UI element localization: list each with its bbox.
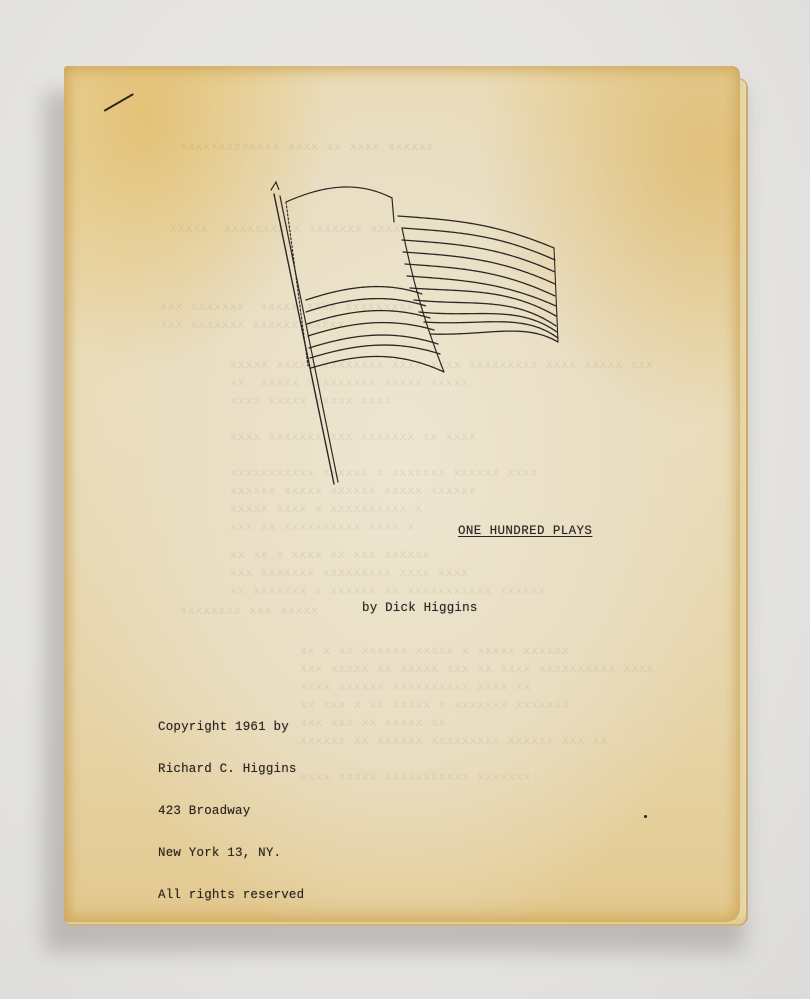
copyright-line: Copyright 1961 by — [158, 720, 304, 734]
flag-illustration — [262, 176, 572, 496]
ink-speck — [644, 815, 647, 818]
author-byline: by Dick Higgins — [362, 601, 478, 616]
copyright-line: 423 Broadway — [158, 804, 304, 818]
copyright-line: All rights reserved — [158, 888, 304, 902]
copyright-line: Richard C. Higgins — [158, 762, 304, 776]
copyright-block: Copyright 1961 by Richard C. Higgins 423… — [158, 692, 304, 916]
document-title: ONE HUNDRED PLAYS — [458, 524, 592, 539]
copyright-line: New York 13, NY. — [158, 846, 304, 860]
